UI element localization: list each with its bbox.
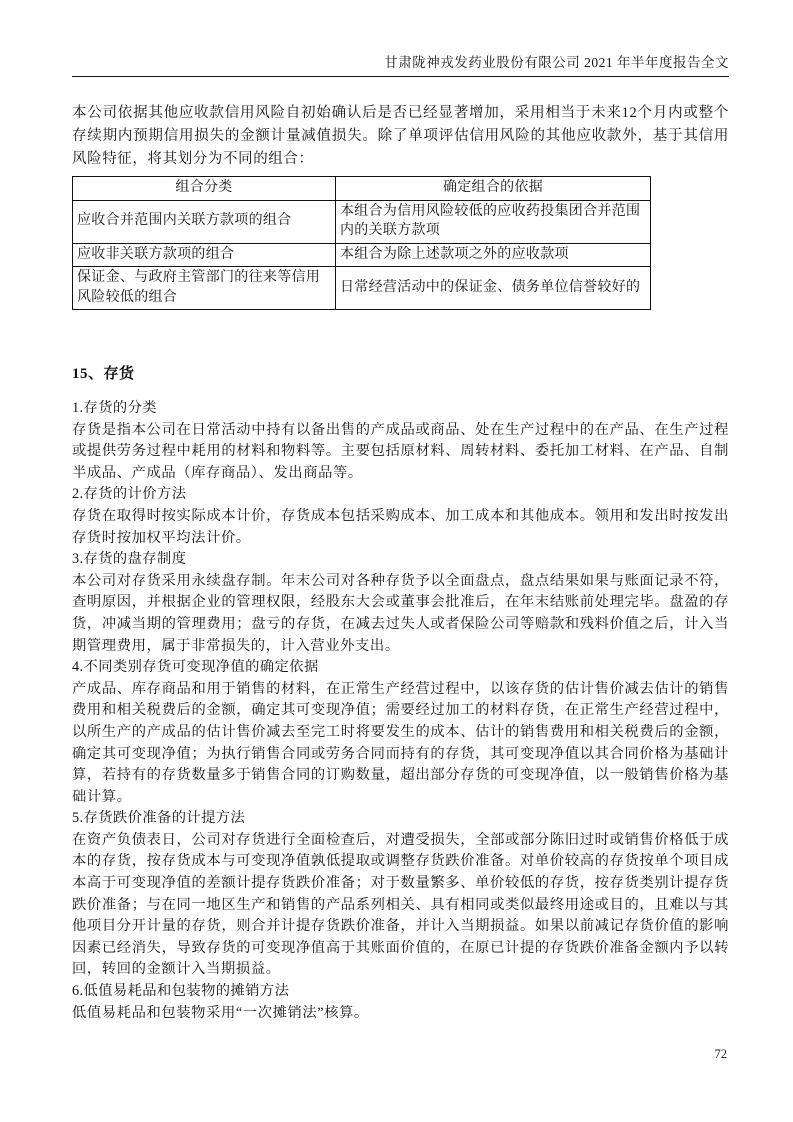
subsection-body: 存货是指本公司在日常活动中持有以备出售的产成品或商品、处在生产过程中的在产品、在… bbox=[72, 420, 729, 485]
report-page: 甘肃陇神戎发药业股份有限公司 2021 年半年度报告全文 本公司依据其他应收款信… bbox=[0, 0, 793, 1122]
table-row: 应收非关联方款项的组合 本组合为除上述款项之外的应收款项 bbox=[73, 243, 651, 267]
subsection-body: 产成品、库存商品和用于销售的材料，在正常生产经营过程中，以该存货的估计售价减去估… bbox=[72, 679, 729, 809]
subsection-heading: 4.不同类别存货可变现净值的确定依据 bbox=[72, 657, 729, 679]
subsection-body: 存货在取得时按实际成本计价，存货成本包括采购成本、加工成本和其他成本。领用和发出… bbox=[72, 506, 729, 549]
subsection-heading: 2.存货的计价方法 bbox=[72, 484, 729, 506]
table-cell: 保证金、与政府主管部门的往来等信用风险较低的组合 bbox=[73, 267, 336, 310]
table-header-cell: 确定组合的依据 bbox=[336, 177, 651, 201]
report-header-title: 甘肃陇神戎发药业股份有限公司 2021 年半年度报告全文 bbox=[384, 55, 729, 70]
table-cell: 应收合并范围内关联方款项的组合 bbox=[73, 200, 336, 243]
subsection-body: 本公司对存货采用永续盘存制。年末公司对各种存货予以全面盘点，盘点结果如果与账面记… bbox=[72, 571, 729, 657]
table-row: 应收合并范围内关联方款项的组合 本组合为信用风险较低的应收药投集团合并范围内的关… bbox=[73, 200, 651, 243]
portfolio-classification-table: 组合分类 确定组合的依据 应收合并范围内关联方款项的组合 本组合为信用风险较低的… bbox=[72, 176, 651, 310]
table-header-row: 组合分类 确定组合的依据 bbox=[73, 177, 651, 201]
subsection-body: 低值易耗品和包装物采用“一次摊销法”核算。 bbox=[72, 1003, 729, 1025]
page-number: 72 bbox=[715, 1047, 728, 1062]
table-cell: 应收非关联方款项的组合 bbox=[73, 243, 336, 267]
intro-paragraph: 本公司依据其他应收款信用风险自初始确认后是否已经显著增加，采用相当于未来12个月… bbox=[72, 102, 729, 171]
table-cell: 日常经营活动中的保证金、债务单位信誉较好的 bbox=[336, 267, 651, 310]
table-cell: 本组合为除上述款项之外的应收款项 bbox=[336, 243, 651, 267]
table-cell: 本组合为信用风险较低的应收药投集团合并范围内的关联方款项 bbox=[336, 200, 651, 243]
section-heading-inventory: 15、存货 bbox=[72, 362, 729, 383]
subsection-heading: 3.存货的盘存制度 bbox=[72, 549, 729, 571]
subsection-body: 在资产负债表日，公司对存货进行全面检查后，对遭受损失，全部或部分陈旧过时或销售价… bbox=[72, 830, 729, 981]
table-row: 保证金、与政府主管部门的往来等信用风险较低的组合 日常经营活动中的保证金、债务单… bbox=[73, 267, 651, 310]
table-header-cell: 组合分类 bbox=[73, 177, 336, 201]
subsection-heading: 1.存货的分类 bbox=[72, 398, 729, 420]
report-header: 甘肃陇神戎发药业股份有限公司 2021 年半年度报告全文 bbox=[72, 54, 729, 77]
subsection-heading: 6.低值易耗品和包装物的摊销方法 bbox=[72, 981, 729, 1003]
section-body: 1.存货的分类 存货是指本公司在日常活动中持有以备出售的产成品或商品、处在生产过… bbox=[72, 398, 729, 1024]
subsection-heading: 5.存货跌价准备的计提方法 bbox=[72, 808, 729, 830]
